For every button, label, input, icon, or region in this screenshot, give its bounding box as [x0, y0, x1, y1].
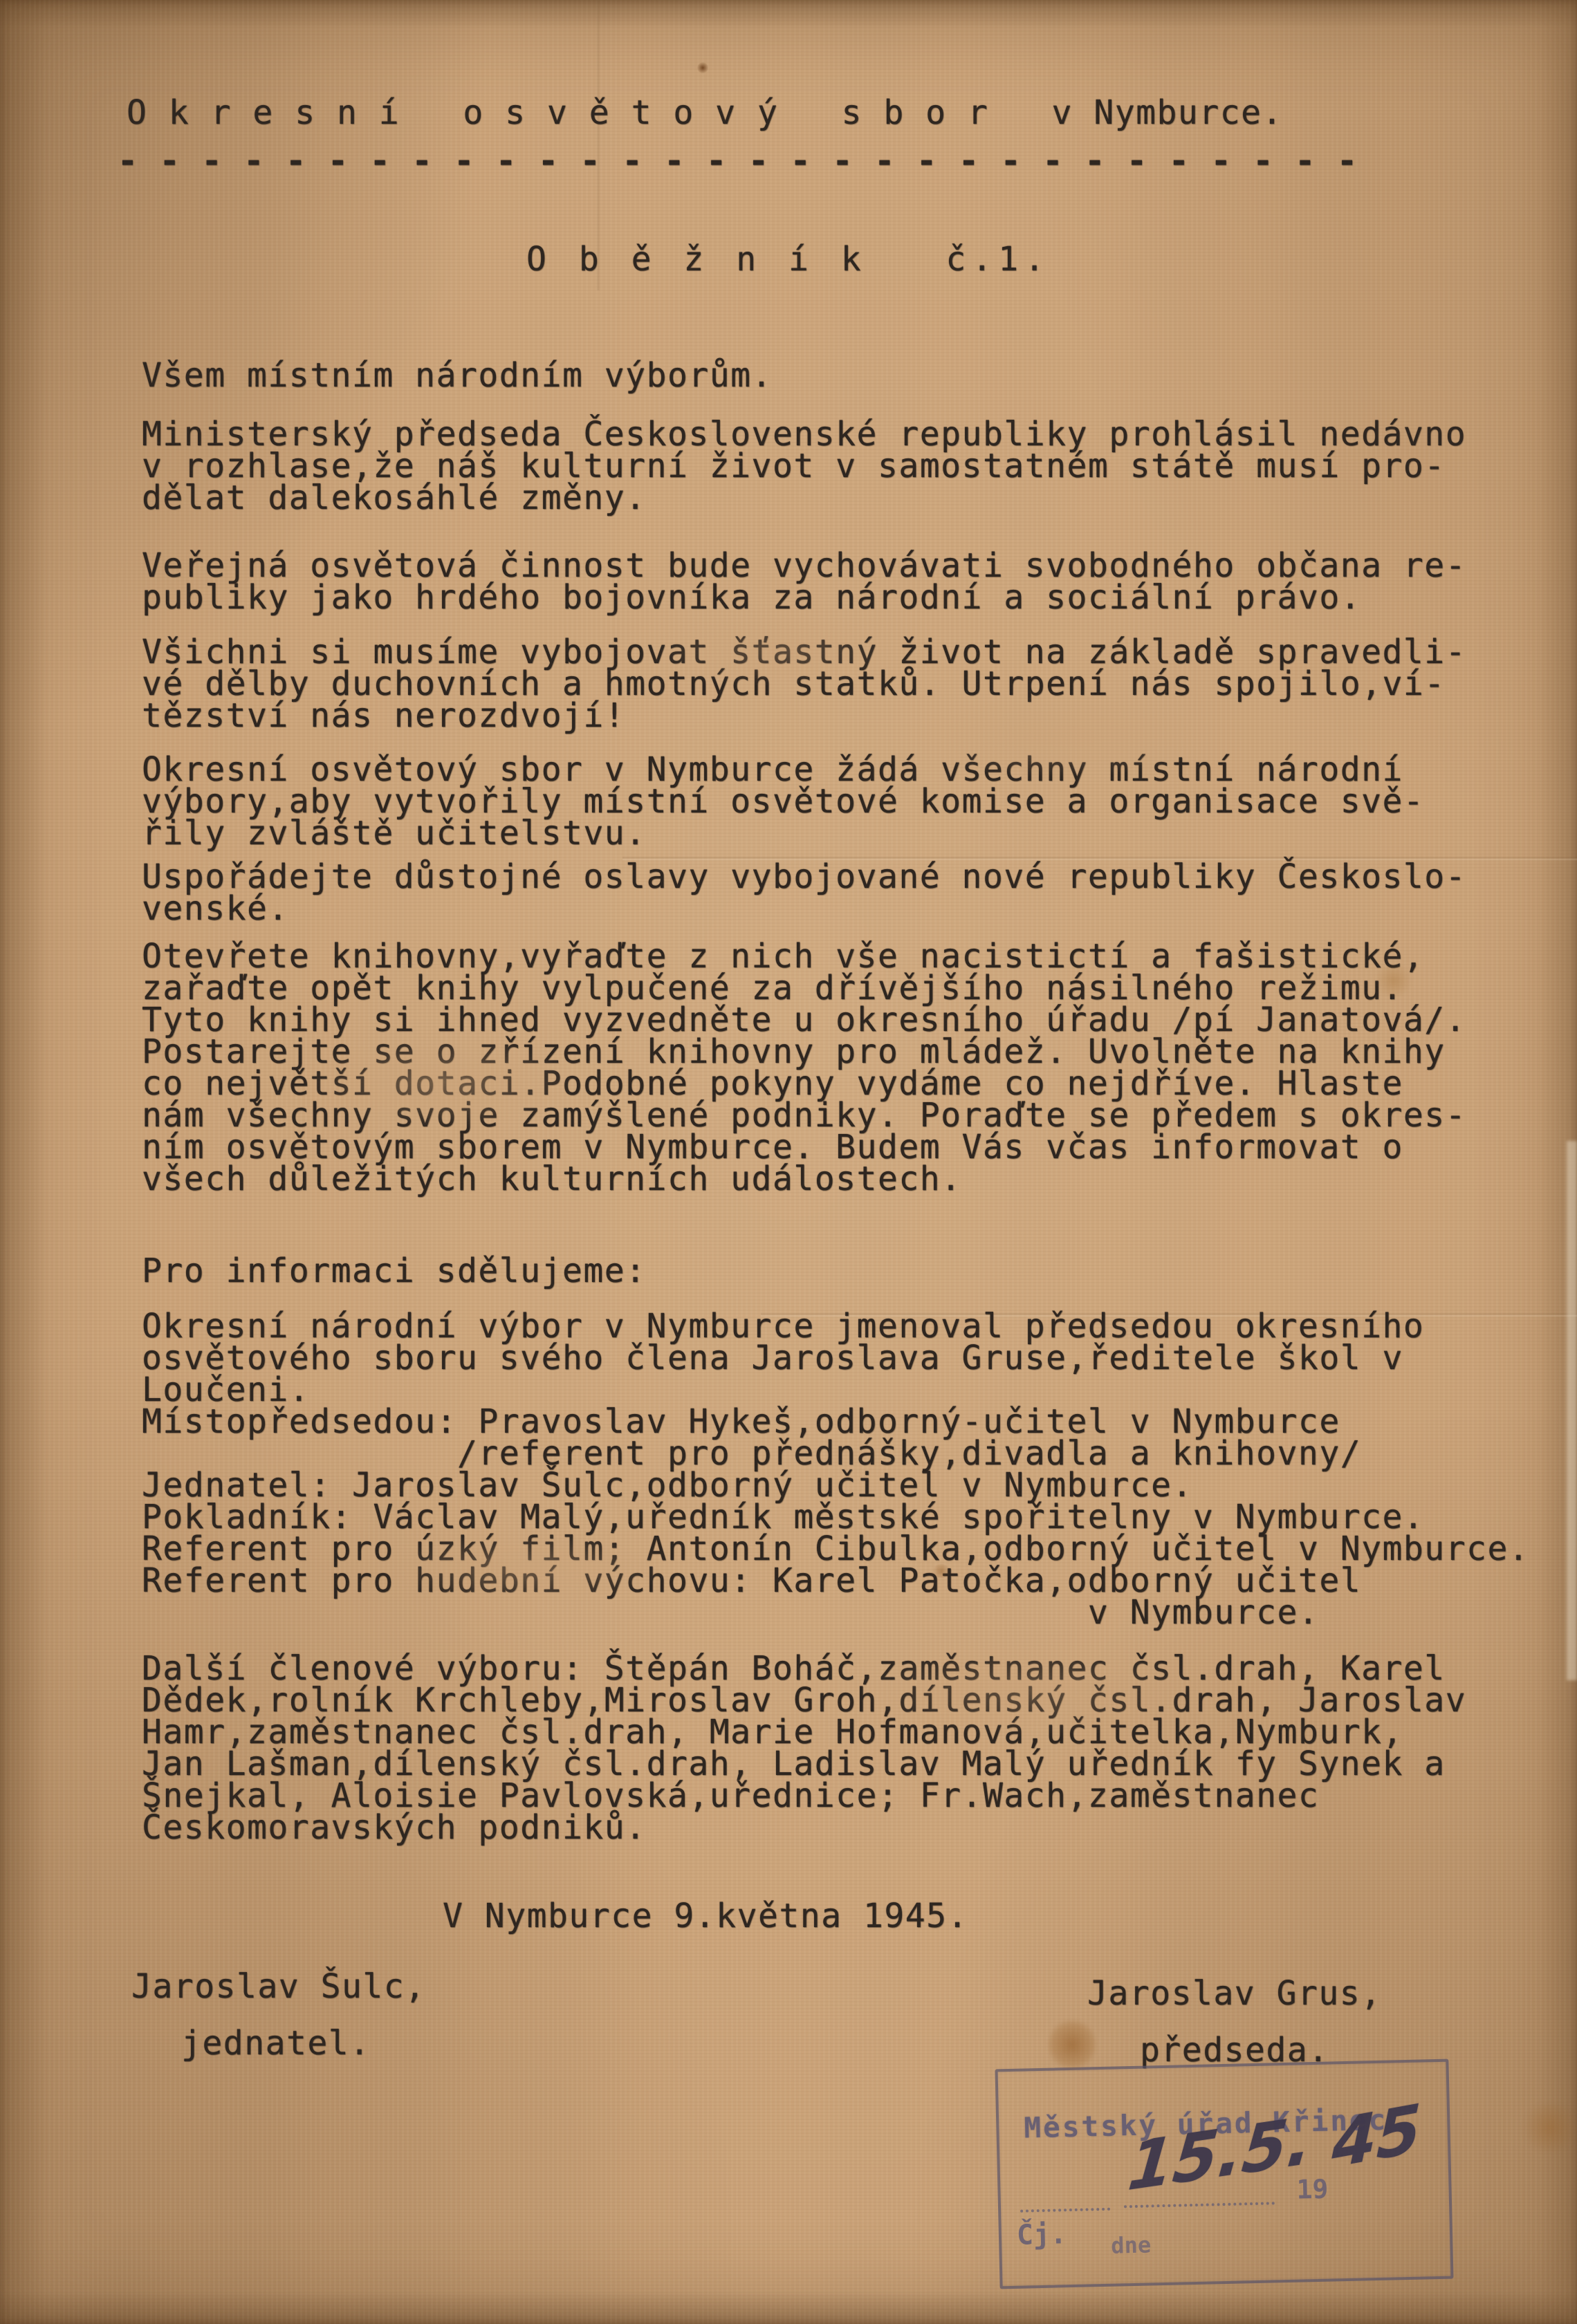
paragraph: Okresní osvětový sbor v Nymburce žádá vš…: [142, 754, 1424, 849]
stamp-date-label: dne: [1111, 2231, 1152, 2258]
salutation: Všem místním národním výborům.: [142, 360, 773, 391]
signature-left-name: Jaroslav Šulc,: [131, 1971, 426, 2002]
paper-stain: [1519, 2103, 1577, 2152]
header-dashed-underline: - - - - - - - - - - - - - - - - - - - - …: [118, 145, 1358, 177]
paragraph: Uspořádejte důstojné oslavy vybojované n…: [142, 861, 1466, 924]
stamp-year-printed: 19: [1296, 2174, 1329, 2205]
paragraph: Veřejná osvětová činnost bude vychovávat…: [142, 550, 1466, 613]
scanned-letter-page: O k r e s n í o s v ě t o v ý s b o r v …: [0, 0, 1577, 2324]
paper-stain: [697, 62, 708, 73]
signature-right-name: Jaroslav Grus,: [1087, 1978, 1382, 2009]
stamp-ref-number-label: Čj.: [1016, 2218, 1067, 2251]
paragraph: Okresní národní výbor v Nymburce jmenova…: [142, 1310, 1529, 1628]
signature-right-role: předseda.: [1140, 2034, 1329, 2066]
paragraph: Otevřete knihovny,vyřaďte z nich vše nac…: [142, 940, 1466, 1195]
organization-header: O k r e s n í o s v ě t o v ý s b o r v …: [127, 97, 1283, 129]
document-title: O b ě ž n í k č.1.: [0, 243, 1577, 275]
paper-edge-highlight: [1567, 1141, 1577, 1680]
paragraph: Ministerský předseda Československé repu…: [142, 418, 1466, 514]
dateline: V Nymburce 9.května 1945.: [443, 1900, 968, 1932]
official-stamp: Městský úřad Křinec 15.5. 19 45 Čj. dne: [995, 2059, 1453, 2289]
paper-stain: [1048, 2018, 1096, 2072]
signature-left-role: jednatel.: [181, 2027, 371, 2059]
paragraph: Další členové výboru: Štěpán Boháč,zaměs…: [142, 1653, 1466, 1843]
stamp-handwritten-year: 45: [1331, 2090, 1422, 2184]
paragraph: Pro informaci sdělujeme:: [142, 1255, 647, 1287]
stamp-dotted-line: [1020, 2208, 1110, 2213]
paragraph: Všichni si musíme vybojovat šťastný živo…: [142, 636, 1466, 732]
